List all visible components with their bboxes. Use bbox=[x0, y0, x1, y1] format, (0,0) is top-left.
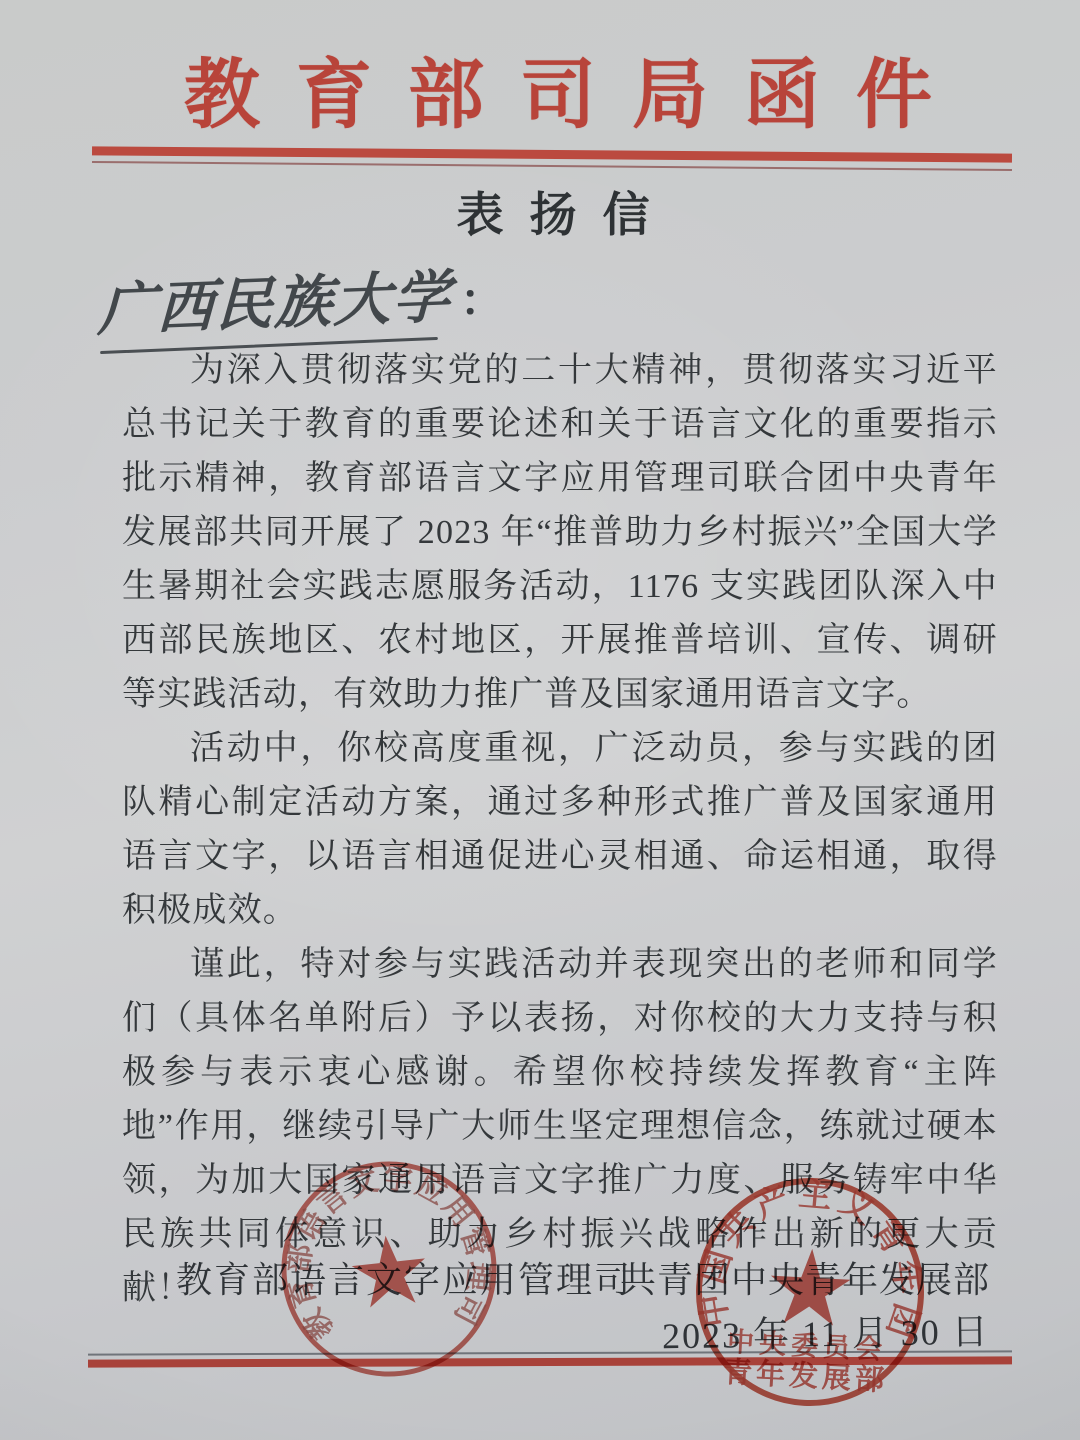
salutation-colon: ： bbox=[460, 264, 504, 328]
recipient-handwritten: 广西民族大学 bbox=[97, 251, 453, 347]
document-title: 表扬信 bbox=[0, 178, 1080, 245]
date-line: 2023 年 11 月 30 日 bbox=[662, 1304, 990, 1360]
paragraph-2: 活动中，你校高度重视，广泛动员，参与实践的团队精心制定活动方案，通过多种形式推广… bbox=[122, 722, 998, 938]
letterhead-rule-thin bbox=[92, 161, 1012, 171]
footer-rule-thick bbox=[88, 1356, 1012, 1367]
paragraph-1: 为深入贯彻落实党的二十大精神，贯彻落实习近平总书记关于教育的重要论述和关于语言文… bbox=[122, 344, 998, 722]
signature-right-org: 共青团中央青年发展部 bbox=[620, 1252, 990, 1303]
letterhead-rule-thick bbox=[92, 146, 1012, 162]
letter-body: 为深入贯彻落实党的二十大精神，贯彻落实习近平总书记关于教育的重要论述和关于语言文… bbox=[122, 344, 998, 1316]
signature-left-org: 教育部语言文字应用管理司 bbox=[176, 1252, 632, 1303]
letterhead-title: 教育部司局函件 bbox=[0, 34, 1080, 143]
salutation: 广西民族大学： bbox=[98, 258, 504, 340]
letter-sheet: 教育部司局函件 表扬信 广西民族大学： 为深入贯彻落实党的二十大精神，贯彻落实习… bbox=[0, 0, 1080, 1440]
